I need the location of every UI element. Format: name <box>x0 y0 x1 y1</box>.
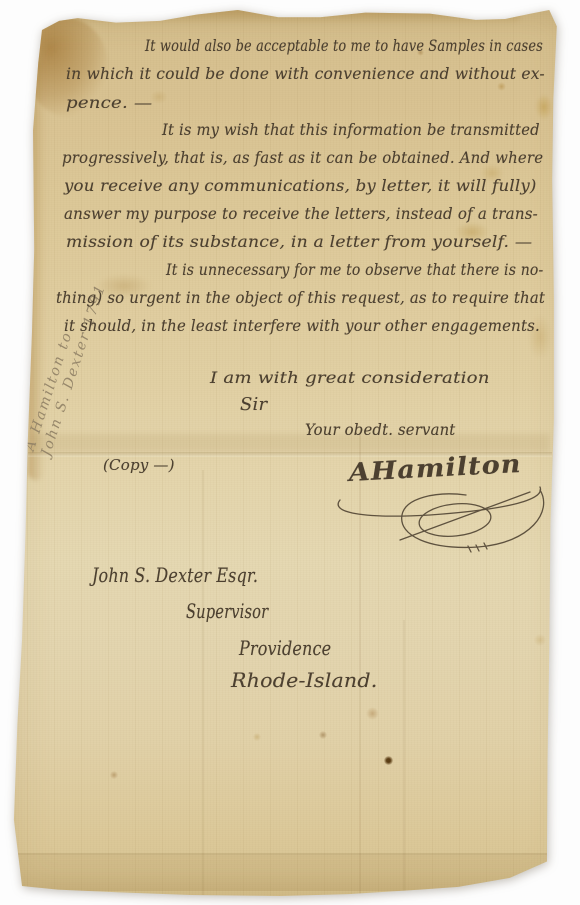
signature-hamilton: AHamilton <box>348 449 522 487</box>
body-line-1: It would also be acceptable to me to hav… <box>145 36 543 55</box>
body-line-5: progressively, that is, as fast as it ca… <box>62 148 543 167</box>
address-line-1: John S. Dexter Esqr. <box>92 563 258 587</box>
foxing-spot <box>384 756 393 765</box>
foxing-spot <box>497 82 506 91</box>
body-line-10: thing) so urgent in the object of this r… <box>56 288 545 307</box>
address-line-2: Supervisor <box>186 599 268 623</box>
body-line-2: in which it could be done with convenien… <box>66 64 545 83</box>
foxing-spot <box>535 94 553 120</box>
foxing-spot <box>150 90 168 104</box>
body-line-7: answer my purpose to receive the letters… <box>64 204 538 223</box>
foxing-spot <box>366 707 379 720</box>
letter-page: A Hamilton to John S. Dexter 1791 It wou… <box>0 0 580 905</box>
fold-crease-vertical <box>202 470 204 895</box>
fold-crease-vertical <box>403 620 405 895</box>
foxing-spot <box>534 634 546 646</box>
body-line-6: you receive any communications, by lette… <box>64 176 537 195</box>
scan-background: A Hamilton to John S. Dexter 1791 It wou… <box>0 0 580 905</box>
body-line-8: mission of its substance, in a letter fr… <box>66 232 532 251</box>
foxing-spot <box>253 733 261 741</box>
closing-line-1: I am with great consideration <box>210 368 490 387</box>
closing-salutation: Sir <box>240 394 267 415</box>
closing-line-2: Your obedt. servant <box>305 420 455 439</box>
edge-stain <box>40 8 520 24</box>
body-line-11: it should, in the least interfere with y… <box>64 316 540 335</box>
address-line-3: Providence <box>239 636 331 660</box>
fold-crease-horizontal <box>30 434 550 452</box>
fold-crease-vertical <box>359 430 361 895</box>
fold-crease-horizontal <box>18 853 548 891</box>
foxing-spot <box>319 731 327 739</box>
body-line-9: It is unnecessary for me to observe that… <box>166 260 543 279</box>
copy-annotation: (Copy —) <box>103 456 175 474</box>
address-line-4: Rhode-Island. <box>231 668 378 692</box>
body-line-4: It is my wish that this information be t… <box>162 120 540 139</box>
body-line-3: pence. — <box>66 93 152 112</box>
foxing-spot <box>110 771 118 779</box>
